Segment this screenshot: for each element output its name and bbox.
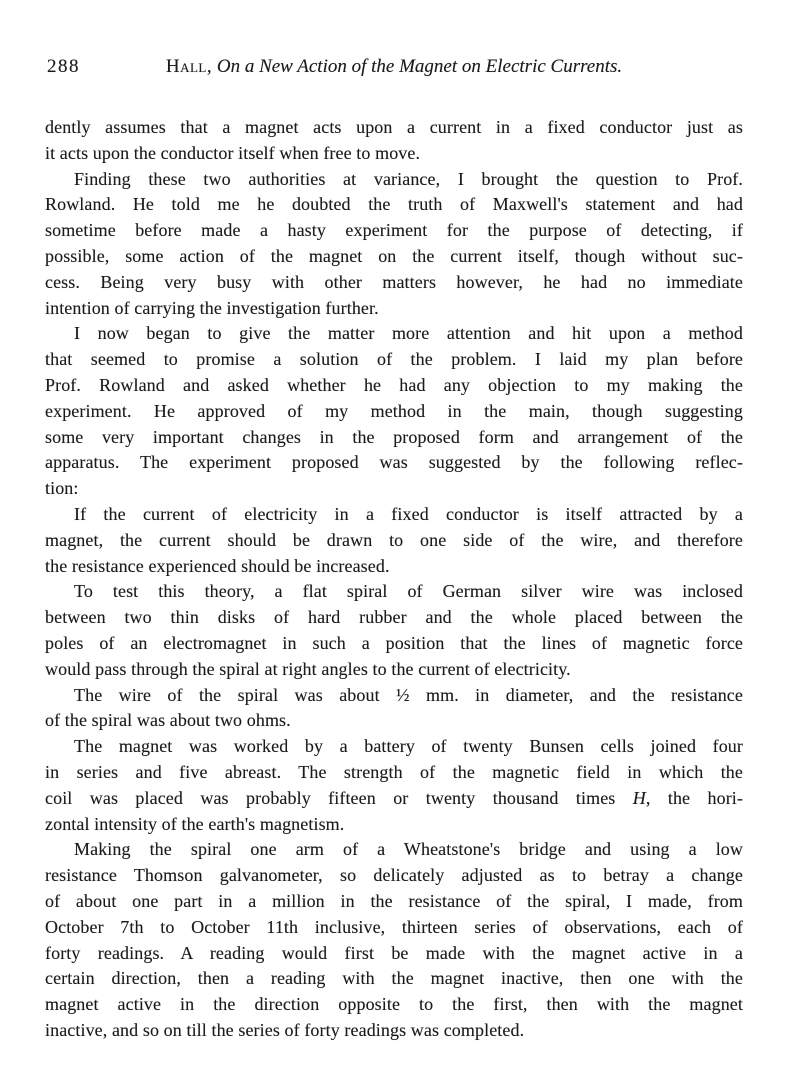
text-line: tion: (45, 476, 743, 502)
text-line: apparatus. The experiment proposed was s… (45, 450, 743, 476)
paragraph: Finding these two authorities at varianc… (45, 167, 743, 322)
text-line: To test this theory, a flat spiral of Ge… (45, 579, 743, 605)
text-line: certain direction, then a reading with t… (45, 966, 743, 992)
text-line: Prof. Rowland and asked whether he had a… (45, 373, 743, 399)
text-line: Rowland. He told me he doubted the truth… (45, 192, 743, 218)
text-line: inactive, and so on till the series of f… (45, 1018, 743, 1044)
text-line: October 7th to October 11th inclusive, t… (45, 915, 743, 941)
header-work-title: On a New Action of the Magnet on Electri… (217, 56, 622, 77)
header-author: Hall, (166, 56, 212, 77)
paragraph: Making the spiral one arm of a Wheatston… (45, 837, 743, 1043)
text-line: Finding these two authorities at varianc… (45, 167, 743, 193)
text-line: sometime before made a hasty experiment … (45, 218, 743, 244)
text-line: coil was placed was probably fifteen or … (45, 786, 743, 812)
text-line: If the current of electricity in a fixed… (45, 502, 743, 528)
text-line: the resistance experienced should be inc… (45, 554, 743, 580)
text-line: between two thin disks of hard rubber an… (45, 605, 743, 631)
body-paragraphs: dently assumes that a magnet acts upon a… (45, 115, 743, 1044)
text-line: some very important changes in the propo… (45, 425, 743, 451)
paragraph: The wire of the spiral was about ½ mm. i… (45, 683, 743, 735)
text-line: magnet active in the direction opposite … (45, 992, 743, 1018)
text-line: of the spiral was about two ohms. (45, 708, 743, 734)
text-line: The wire of the spiral was about ½ mm. i… (45, 683, 743, 709)
paragraph: dently assumes that a magnet acts upon a… (45, 115, 743, 167)
text-line: forty readings. A reading would first be… (45, 941, 743, 967)
text-line: zontal intensity of the earth's magnetis… (45, 812, 743, 838)
text-line: dently assumes that a magnet acts upon a… (45, 115, 743, 141)
text-line: it acts upon the conductor itself when f… (45, 141, 743, 167)
paragraph: The magnet was worked by a battery of tw… (45, 734, 743, 837)
document-page: 288 Hall, On a New Action of the Magnet … (0, 0, 785, 1074)
text-line: of about one part in a million in the re… (45, 889, 743, 915)
text-line: in series and five abreast. The strength… (45, 760, 743, 786)
page-number: 288 (47, 56, 80, 78)
text-line: intention of carrying the investigation … (45, 296, 743, 322)
text-line: that seemed to promise a solution of the… (45, 347, 743, 373)
text-line: Making the spiral one arm of a Wheatston… (45, 837, 743, 863)
paragraph: I now began to give the matter more atte… (45, 321, 743, 502)
paragraph: If the current of electricity in a fixed… (45, 502, 743, 579)
text-line: resistance Thomson galvanometer, so deli… (45, 863, 743, 889)
running-title: Hall, On a New Action of the Magnet on E… (45, 56, 743, 78)
text-line: possible, some action of the magnet on t… (45, 244, 743, 270)
text-line: magnet, the current should be drawn to o… (45, 528, 743, 554)
text-line: poles of an electromagnet in such a posi… (45, 631, 743, 657)
text-line: would pass through the spiral at right a… (45, 657, 743, 683)
running-header: 288 Hall, On a New Action of the Magnet … (45, 56, 743, 82)
text-line: experiment. He approved of my method in … (45, 399, 743, 425)
text-line: cess. Being very busy with other matters… (45, 270, 743, 296)
text-line: I now began to give the matter more atte… (45, 321, 743, 347)
paragraph: To test this theory, a flat spiral of Ge… (45, 579, 743, 682)
text-line: The magnet was worked by a battery of tw… (45, 734, 743, 760)
